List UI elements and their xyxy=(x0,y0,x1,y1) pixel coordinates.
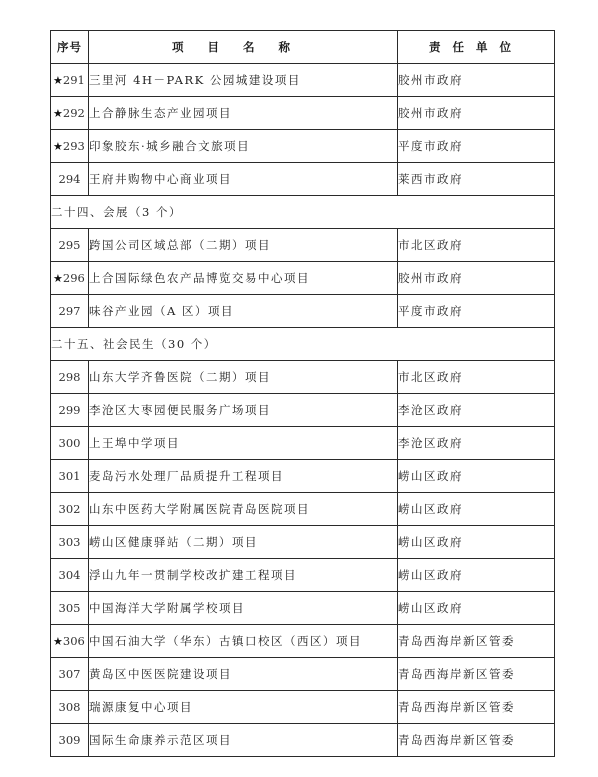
responsible-unit-cell: 青岛西海岸新区管委 xyxy=(398,724,555,757)
project-name-cell: 瑞源康复中心项目 xyxy=(89,691,398,724)
project-name-cell: 李沧区大枣园便民服务广场项目 xyxy=(89,394,398,427)
responsible-unit-cell: 平度市政府 xyxy=(398,130,555,163)
project-name-cell: 黄岛区中医医院建设项目 xyxy=(89,658,398,691)
responsible-unit-cell: 青岛西海岸新区管委 xyxy=(398,691,555,724)
section-row: 二十五、社会民生（30 个） xyxy=(51,328,555,361)
project-name-cell: 上合国际绿色农产品博览交易中心项目 xyxy=(89,262,398,295)
serial-number: 296 xyxy=(63,271,85,285)
project-name-cell: 味谷产业园（A 区）项目 xyxy=(89,295,398,328)
responsible-unit-cell: 青岛西海岸新区管委 xyxy=(398,658,555,691)
serial-number-cell: 307 xyxy=(51,658,89,691)
serial-number-cell: 303 xyxy=(51,526,89,559)
table-row: 307黄岛区中医医院建设项目青岛西海岸新区管委 xyxy=(51,658,555,691)
serial-number: 305 xyxy=(59,601,81,615)
serial-number: 294 xyxy=(59,172,81,186)
star-icon: ★ xyxy=(53,635,63,648)
serial-number-cell: 308 xyxy=(51,691,89,724)
project-name-cell: 中国石油大学（华东）古镇口校区（西区）项目 xyxy=(89,625,398,658)
responsible-unit-cell: 李沧区政府 xyxy=(398,394,555,427)
table-row: ★306中国石油大学（华东）古镇口校区（西区）项目青岛西海岸新区管委 xyxy=(51,625,555,658)
serial-number-cell: 300 xyxy=(51,427,89,460)
serial-number-cell: 305 xyxy=(51,592,89,625)
project-name-cell: 山东大学齐鲁医院（二期）项目 xyxy=(89,361,398,394)
project-name-cell: 王府井购物中心商业项目 xyxy=(89,163,398,196)
project-name-cell: 中国海洋大学附属学校项目 xyxy=(89,592,398,625)
document-page: 序号 项目名称 责任单位 ★291三里河 4H－PARK 公园城建设项目胶州市政… xyxy=(50,30,554,757)
table-row: 300上王埠中学项目李沧区政府 xyxy=(51,427,555,460)
table-row: ★292上合静脉生态产业园项目胶州市政府 xyxy=(51,97,555,130)
serial-number: 298 xyxy=(59,370,81,384)
serial-number: 300 xyxy=(59,436,81,450)
table-row: ★291三里河 4H－PARK 公园城建设项目胶州市政府 xyxy=(51,64,555,97)
project-name-cell: 崂山区健康驿站（二期）项目 xyxy=(89,526,398,559)
serial-number-cell: 301 xyxy=(51,460,89,493)
project-table: 序号 项目名称 责任单位 ★291三里河 4H－PARK 公园城建设项目胶州市政… xyxy=(50,30,555,757)
star-icon: ★ xyxy=(53,107,63,120)
project-name-cell: 山东中医药大学附属医院青岛医院项目 xyxy=(89,493,398,526)
table-row: ★296上合国际绿色农产品博览交易中心项目胶州市政府 xyxy=(51,262,555,295)
star-icon: ★ xyxy=(53,140,63,153)
serial-number-cell: ★296 xyxy=(51,262,89,295)
serial-number: 303 xyxy=(59,535,81,549)
serial-number-cell: 295 xyxy=(51,229,89,262)
serial-number-cell: 299 xyxy=(51,394,89,427)
table-header-row: 序号 项目名称 责任单位 xyxy=(51,31,555,64)
serial-number: 306 xyxy=(63,634,85,648)
serial-number-cell: ★306 xyxy=(51,625,89,658)
serial-number-cell: 304 xyxy=(51,559,89,592)
responsible-unit-cell: 市北区政府 xyxy=(398,229,555,262)
serial-number: 295 xyxy=(59,238,81,252)
table-row: 299李沧区大枣园便民服务广场项目李沧区政府 xyxy=(51,394,555,427)
serial-number: 293 xyxy=(63,139,85,153)
serial-number: 302 xyxy=(59,502,81,516)
table-row: 294王府井购物中心商业项目莱西市政府 xyxy=(51,163,555,196)
table-row: 304浮山九年一贯制学校改扩建工程项目崂山区政府 xyxy=(51,559,555,592)
serial-number-cell: 298 xyxy=(51,361,89,394)
table-row: 309国际生命康养示范区项目青岛西海岸新区管委 xyxy=(51,724,555,757)
responsible-unit-cell: 市北区政府 xyxy=(398,361,555,394)
header-responsible-unit: 责任单位 xyxy=(398,31,555,64)
serial-number-cell: 297 xyxy=(51,295,89,328)
serial-number: 291 xyxy=(63,73,85,87)
responsible-unit-cell: 崂山区政府 xyxy=(398,526,555,559)
serial-number-cell: ★292 xyxy=(51,97,89,130)
responsible-unit-cell: 李沧区政府 xyxy=(398,427,555,460)
table-row: 301麦岛污水处理厂品质提升工程项目崂山区政府 xyxy=(51,460,555,493)
header-project-name: 项目名称 xyxy=(89,31,398,64)
section-row: 二十四、会展（3 个） xyxy=(51,196,555,229)
table-row: 305中国海洋大学附属学校项目崂山区政府 xyxy=(51,592,555,625)
header-serial-number: 序号 xyxy=(51,31,89,64)
table-row: 298山东大学齐鲁医院（二期）项目市北区政府 xyxy=(51,361,555,394)
project-name-cell: 印象胶东·城乡融合文旅项目 xyxy=(89,130,398,163)
section-heading: 二十五、社会民生（30 个） xyxy=(51,328,555,361)
responsible-unit-cell: 平度市政府 xyxy=(398,295,555,328)
responsible-unit-cell: 青岛西海岸新区管委 xyxy=(398,625,555,658)
star-icon: ★ xyxy=(53,74,63,87)
table-row: 302山东中医药大学附属医院青岛医院项目崂山区政府 xyxy=(51,493,555,526)
project-name-cell: 三里河 4H－PARK 公园城建设项目 xyxy=(89,64,398,97)
table-row: 308瑞源康复中心项目青岛西海岸新区管委 xyxy=(51,691,555,724)
serial-number: 304 xyxy=(59,568,81,582)
table-row: ★293印象胶东·城乡融合文旅项目平度市政府 xyxy=(51,130,555,163)
serial-number: 301 xyxy=(59,469,81,483)
table-row: 295跨国公司区域总部（二期）项目市北区政府 xyxy=(51,229,555,262)
star-icon: ★ xyxy=(53,272,63,285)
serial-number: 292 xyxy=(63,106,85,120)
serial-number-cell: 294 xyxy=(51,163,89,196)
serial-number: 299 xyxy=(59,403,81,417)
project-name-cell: 浮山九年一贯制学校改扩建工程项目 xyxy=(89,559,398,592)
responsible-unit-cell: 崂山区政府 xyxy=(398,559,555,592)
table-row: 297味谷产业园（A 区）项目平度市政府 xyxy=(51,295,555,328)
serial-number-cell: ★293 xyxy=(51,130,89,163)
table-row: 303崂山区健康驿站（二期）项目崂山区政府 xyxy=(51,526,555,559)
serial-number-cell: ★291 xyxy=(51,64,89,97)
responsible-unit-cell: 胶州市政府 xyxy=(398,262,555,295)
responsible-unit-cell: 崂山区政府 xyxy=(398,493,555,526)
project-name-cell: 麦岛污水处理厂品质提升工程项目 xyxy=(89,460,398,493)
responsible-unit-cell: 胶州市政府 xyxy=(398,64,555,97)
serial-number: 308 xyxy=(59,700,81,714)
section-heading: 二十四、会展（3 个） xyxy=(51,196,555,229)
table-body: ★291三里河 4H－PARK 公园城建设项目胶州市政府★292上合静脉生态产业… xyxy=(51,64,555,757)
responsible-unit-cell: 崂山区政府 xyxy=(398,460,555,493)
project-name-cell: 上合静脉生态产业园项目 xyxy=(89,97,398,130)
serial-number: 307 xyxy=(59,667,81,681)
responsible-unit-cell: 崂山区政府 xyxy=(398,592,555,625)
responsible-unit-cell: 莱西市政府 xyxy=(398,163,555,196)
project-name-cell: 上王埠中学项目 xyxy=(89,427,398,460)
serial-number-cell: 302 xyxy=(51,493,89,526)
project-name-cell: 国际生命康养示范区项目 xyxy=(89,724,398,757)
responsible-unit-cell: 胶州市政府 xyxy=(398,97,555,130)
serial-number-cell: 309 xyxy=(51,724,89,757)
serial-number: 309 xyxy=(59,733,81,747)
project-name-cell: 跨国公司区域总部（二期）项目 xyxy=(89,229,398,262)
serial-number: 297 xyxy=(59,304,81,318)
